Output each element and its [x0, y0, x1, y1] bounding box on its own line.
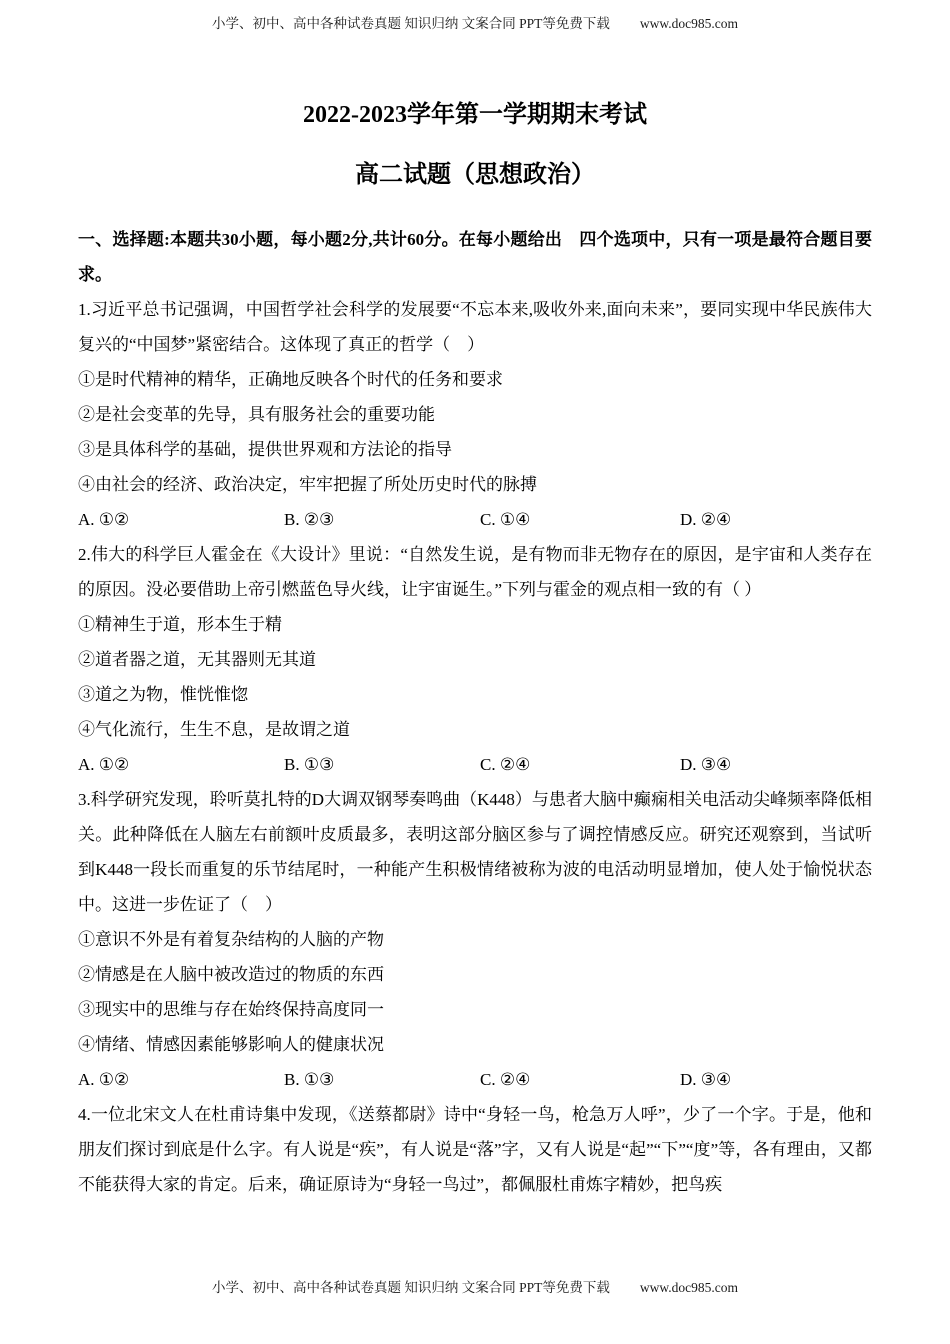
question-2-choice-d: D. ③④ [680, 747, 872, 782]
question-2-item-4: ④气化流行，生生不息，是故谓之道 [78, 712, 872, 747]
question-1-choice-b: B. ②③ [284, 502, 480, 537]
page-header: 小学、初中、高中各种试卷真题 知识归纳 文案合同 PPT等免费下载www.doc… [0, 12, 950, 32]
page-footer: 小学、初中、高中各种试卷真题 知识归纳 文案合同 PPT等免费下载www.doc… [0, 1276, 950, 1296]
question-1-choice-d: D. ②④ [680, 502, 872, 537]
question-1-choice-a: A. ①② [78, 502, 284, 537]
question-2-stem: 2.伟大的科学巨人霍金在《大设计》里说：“自然发生说，是有物而非无物存在的原因，… [78, 537, 872, 607]
question-3-item-3: ③现实中的思维与存在始终保持高度同一 [78, 992, 872, 1027]
footer-promo-text: 小学、初中、高中各种试卷真题 知识归纳 文案合同 PPT等免费下载 [212, 1280, 610, 1295]
question-3: 3.科学研究发现，聆听莫扎特的D大调双钢琴奏鸣曲（K448）与患者大脑中癫痫相关… [78, 782, 872, 1097]
question-1-stem: 1.习近平总书记强调，中国哲学社会科学的发展要“不忘本来,吸收外来,面向未来”，… [78, 292, 872, 362]
question-1-item-2: ②是社会变革的先导，具有服务社会的重要功能 [78, 397, 872, 432]
question-1-choices: A. ①② B. ②③ C. ①④ D. ②④ [78, 502, 872, 537]
question-3-item-2: ②情感是在人脑中被改造过的物质的东西 [78, 957, 872, 992]
question-3-choices: A. ①② B. ①③ C. ②④ D. ③④ [78, 1062, 872, 1097]
question-2-item-1: ①精神生于道，形本生于精 [78, 607, 872, 642]
question-1-choice-c: C. ①④ [480, 502, 680, 537]
question-1-item-3: ③是具体科学的基础，提供世界观和方法论的指导 [78, 432, 872, 467]
header-promo-text: 小学、初中、高中各种试卷真题 知识归纳 文案合同 PPT等免费下载 [212, 16, 610, 31]
question-3-choice-a: A. ①② [78, 1062, 284, 1097]
footer-site-url[interactable]: www.doc985.com [640, 1280, 738, 1295]
question-2-item-2: ②道者器之道，无其器则无其道 [78, 642, 872, 677]
question-2-choices: A. ①② B. ①③ C. ②④ D. ③④ [78, 747, 872, 782]
question-2-choice-a: A. ①② [78, 747, 284, 782]
question-3-item-1: ①意识不外是有着复杂结构的人脑的产物 [78, 922, 872, 957]
question-3-choice-c: C. ②④ [480, 1062, 680, 1097]
exam-document: 2022-2023学年第一学期期末考试 高二试题（思想政治） 一、选择题:本题共… [0, 0, 950, 1202]
question-1-item-1: ①是时代精神的精华，正确地反映各个时代的任务和要求 [78, 362, 872, 397]
section-intro: 一、选择题:本题共30小题，每小题2分,共计60分。在每小题给出 四个选项中，只… [78, 222, 872, 292]
question-4-stem: 4.一位北宋文人在杜甫诗集中发现，《送蔡都尉》诗中“身轻一鸟，枪急万人呼”，少了… [78, 1097, 872, 1202]
question-2-choice-b: B. ①③ [284, 747, 480, 782]
question-2-item-3: ③道之为物，惟恍惟惚 [78, 677, 872, 712]
question-2: 2.伟大的科学巨人霍金在《大设计》里说：“自然发生说，是有物而非无物存在的原因，… [78, 537, 872, 782]
question-4: 4.一位北宋文人在杜甫诗集中发现，《送蔡都尉》诗中“身轻一鸟，枪急万人呼”，少了… [78, 1097, 872, 1202]
question-1: 1.习近平总书记强调，中国哲学社会科学的发展要“不忘本来,吸收外来,面向未来”，… [78, 292, 872, 537]
question-3-item-4: ④情绪、情感因素能够影响人的健康状况 [78, 1027, 872, 1062]
question-2-choice-c: C. ②④ [480, 747, 680, 782]
question-3-choice-b: B. ①③ [284, 1062, 480, 1097]
header-site-url[interactable]: www.doc985.com [640, 16, 738, 31]
question-3-stem: 3.科学研究发现，聆听莫扎特的D大调双钢琴奏鸣曲（K448）与患者大脑中癫痫相关… [78, 782, 872, 922]
question-1-item-4: ④由社会的经济、政治决定，牢牢把握了所处历史时代的脉搏 [78, 467, 872, 502]
exam-subtitle: 高二试题（思想政治） [78, 158, 872, 192]
question-3-choice-d: D. ③④ [680, 1062, 872, 1097]
